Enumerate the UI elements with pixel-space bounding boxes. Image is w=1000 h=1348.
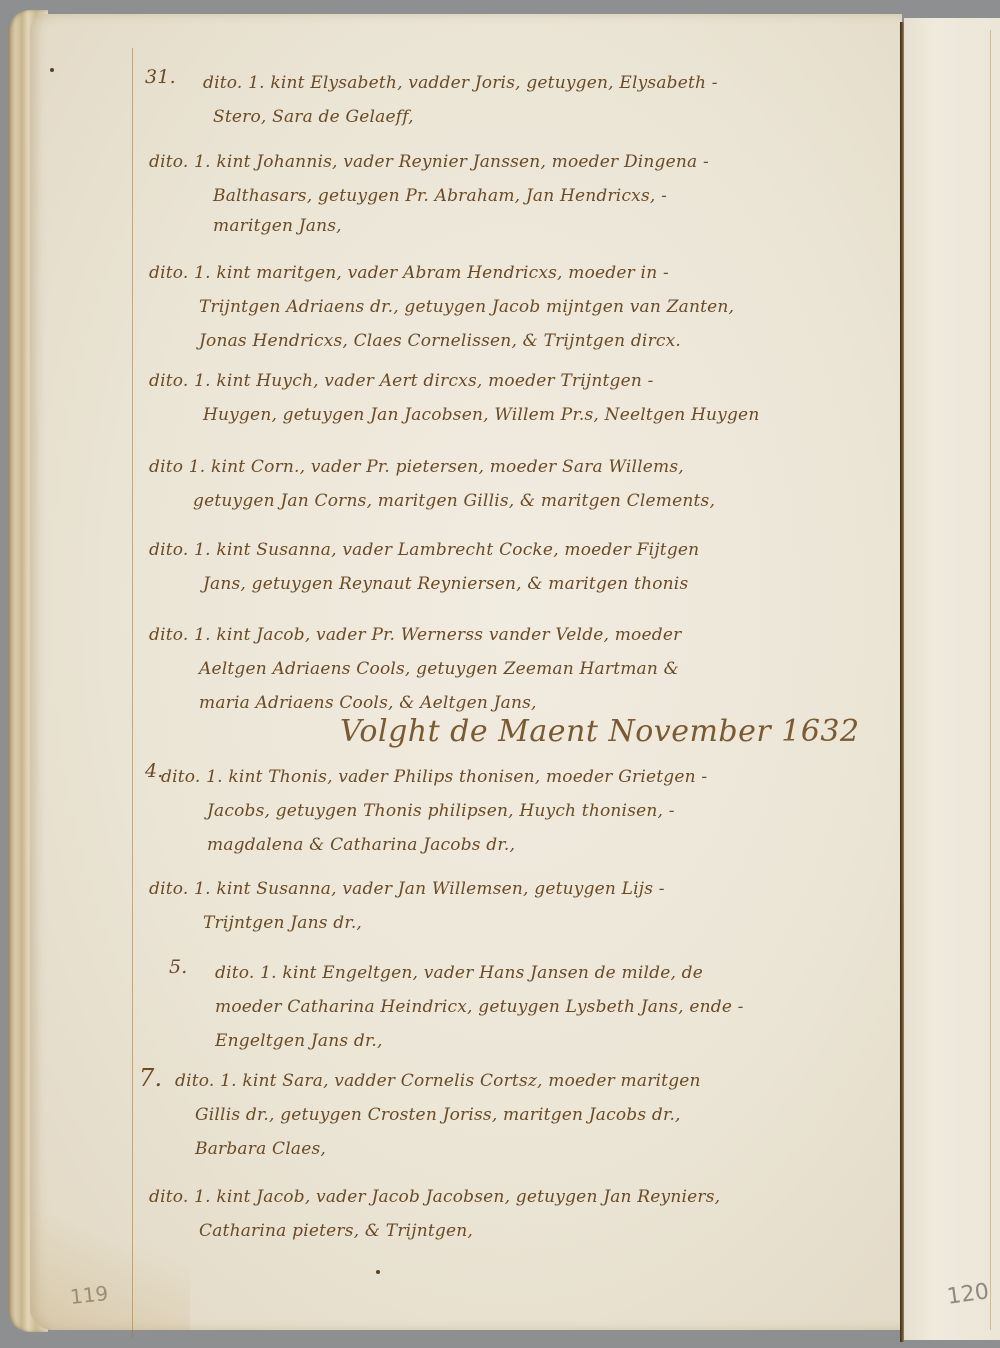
entry-line: dito. 1. kint Jacob, vader Pr. Wernerss … [149,618,809,652]
entry-line: Gillis dr., getuygen Crosten Joriss, mar… [175,1098,835,1132]
entry-line: dito. 1. kint Jacob, vader Jacob Jacobse… [149,1180,809,1214]
entry-line: moeder Catharina Heindricx, getuygen Lys… [215,990,875,1024]
margin-rule [132,48,133,1338]
entry-line: magdalena & Catharina Jacobs dr., [161,828,821,862]
entry-line: maritgen Jans, [149,213,809,239]
entry-line: Balthasars, getuygen Pr. Abraham, Jan He… [149,179,809,213]
entry-line: dito. 1. kint Johannis, vader Reynier Ja… [149,145,809,179]
entry-line: Jacobs, getuygen Thonis philipsen, Huych… [161,794,821,828]
book-scan: 31. dito. 1. kint Elysabeth, vadder Jori… [0,0,1000,1348]
entry-line: dito. 1. kint Thonis, vader Philips thon… [161,760,821,794]
ink-speck [50,68,54,72]
month-heading: Volght de Maent November 1632 [340,714,860,749]
right-page-edge [904,18,1000,1340]
entry-line: getuygen Jan Corns, maritgen Gillis, & m… [149,484,809,518]
ink-speck [376,1270,380,1274]
entry-line: dito. 1. kint Engeltgen, vader Hans Jans… [215,956,875,990]
entry-line: Stero, Sara de Gelaeff, [203,100,863,134]
entry-line: Barbara Claes, [175,1132,835,1166]
entry-date: 31. [145,66,205,88]
entry-line: dito. 1. kint maritgen, vader Abram Hend… [149,256,809,290]
folio-number-left: 119 [69,1281,109,1309]
entry-line: dito. 1. kint Susanna, vader Jan Willems… [149,872,809,906]
entry-line: Trijntgen Jans dr., [149,906,809,940]
entry-line: dito. 1. kint Susanna, vader Lambrecht C… [149,533,809,567]
entry-line: Catharina pieters, & Trijntgen, [149,1214,809,1248]
entry-line: Jonas Hendricxs, Claes Cornelissen, & Tr… [149,324,809,358]
entry-line: Engeltgen Jans dr., [215,1024,875,1058]
entry-line: Jans, getuygen Reynaut Reyniersen, & mar… [149,567,809,601]
entry-line: Aeltgen Adriaens Cools, getuygen Zeeman … [149,652,809,686]
entry-line: dito. 1. kint Sara, vadder Cornelis Cort… [175,1064,835,1098]
entry-line: dito. 1. kint Elysabeth, vadder Joris, g… [203,66,863,100]
entry-line: Trijntgen Adriaens dr., getuygen Jacob m… [149,290,809,324]
entry-line: Huygen, getuygen Jan Jacobsen, Willem Pr… [149,398,809,432]
right-page-margin-rule [990,30,991,1330]
entry-line: dito. 1. kint Huych, vader Aert dircxs, … [149,364,809,398]
entry-line: dito 1. kint Corn., vader Pr. pietersen,… [149,450,809,484]
